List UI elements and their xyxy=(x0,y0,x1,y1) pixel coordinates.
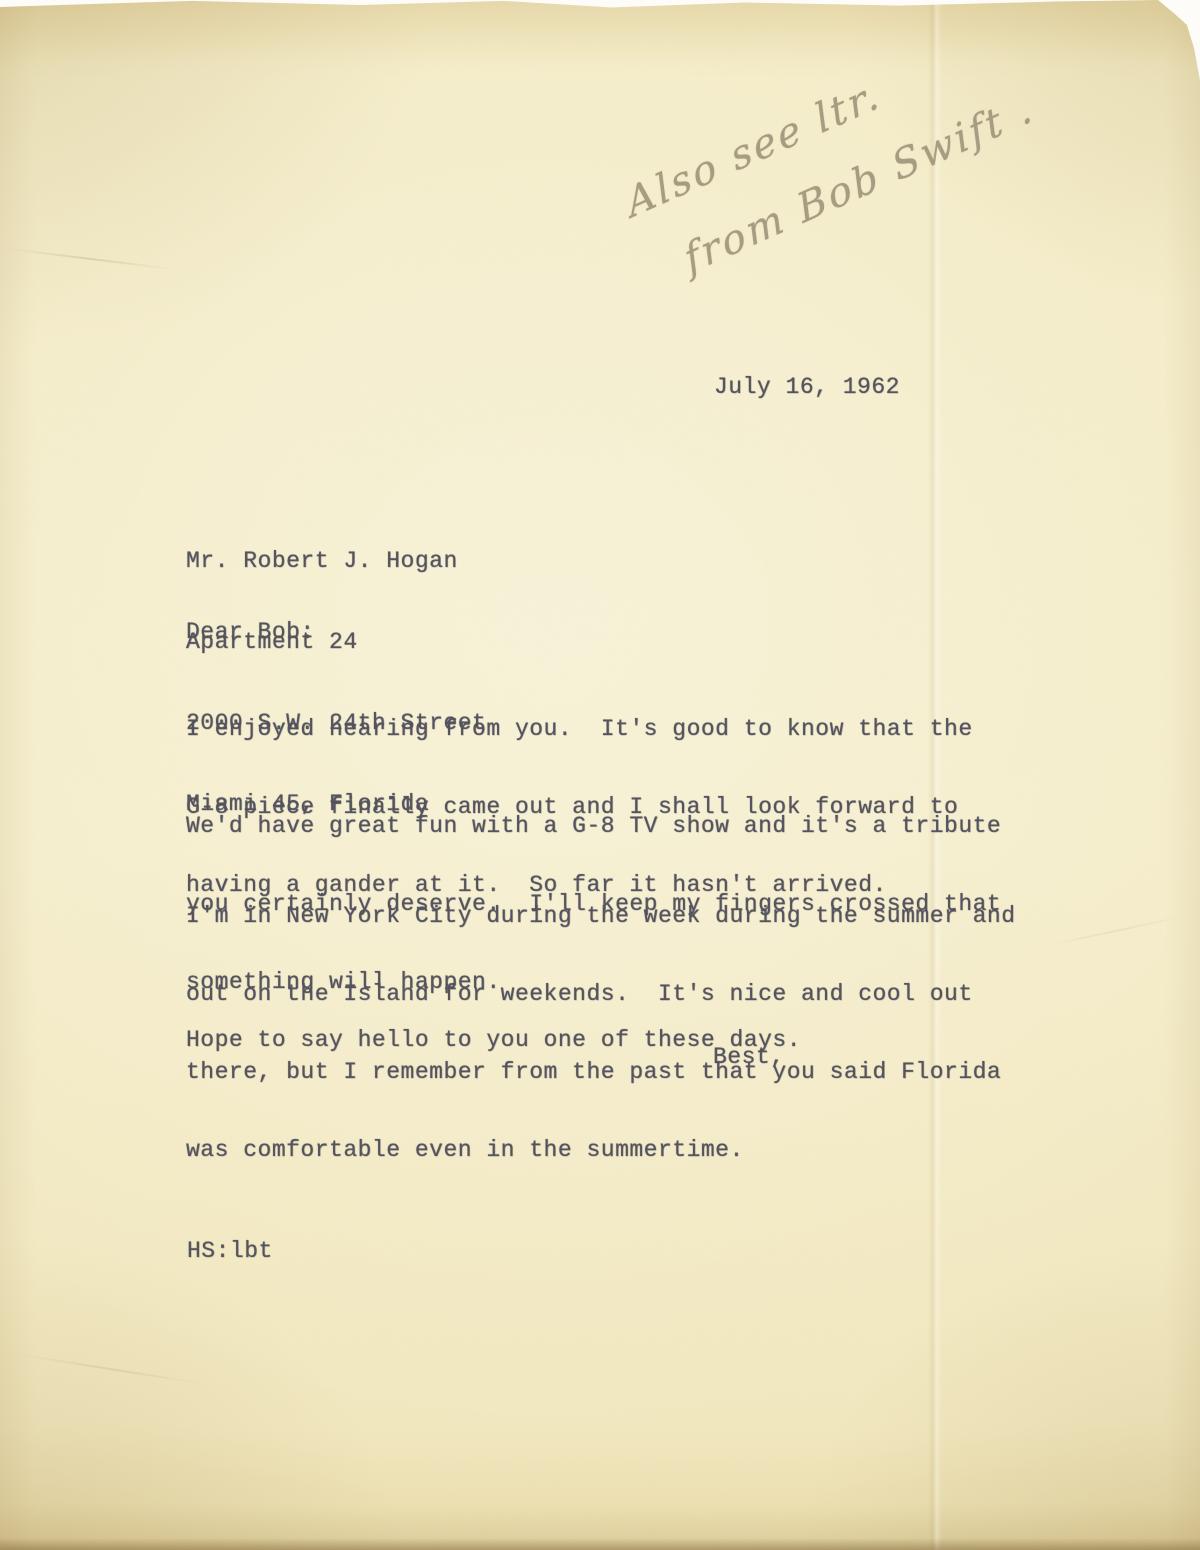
date-line: July 16, 1962 xyxy=(714,374,900,400)
body-line: Hope to say hello to you one of these da… xyxy=(186,1027,801,1053)
paper-crease xyxy=(11,1352,209,1385)
body-paragraph-4: Hope to say hello to you one of these da… xyxy=(186,975,801,1105)
scanned-letter-page: Also see ltr. from Bob Swift . July 16, … xyxy=(0,0,1200,1550)
bottom-edge-shadow xyxy=(0,1538,1200,1550)
paper-crease xyxy=(7,248,176,271)
salutation: Dear Bob: xyxy=(186,619,315,645)
typist-initials: HS:lbt xyxy=(187,1238,273,1264)
paper-sheet: Also see ltr. from Bob Swift . July 16, … xyxy=(0,0,1200,1550)
body-line: I'm in New York City during the week dur… xyxy=(186,903,1016,929)
body-line: We'd have great fun with a G-8 TV show a… xyxy=(186,813,1001,839)
closing: Best, xyxy=(713,1044,785,1070)
address-line: Mr. Robert J. Hogan xyxy=(186,548,486,575)
body-line: was comfortable even in the summertime. xyxy=(186,1137,1016,1163)
body-line: I enjoyed hearing from you. It's good to… xyxy=(186,716,973,742)
paper-crease xyxy=(1041,914,1188,947)
